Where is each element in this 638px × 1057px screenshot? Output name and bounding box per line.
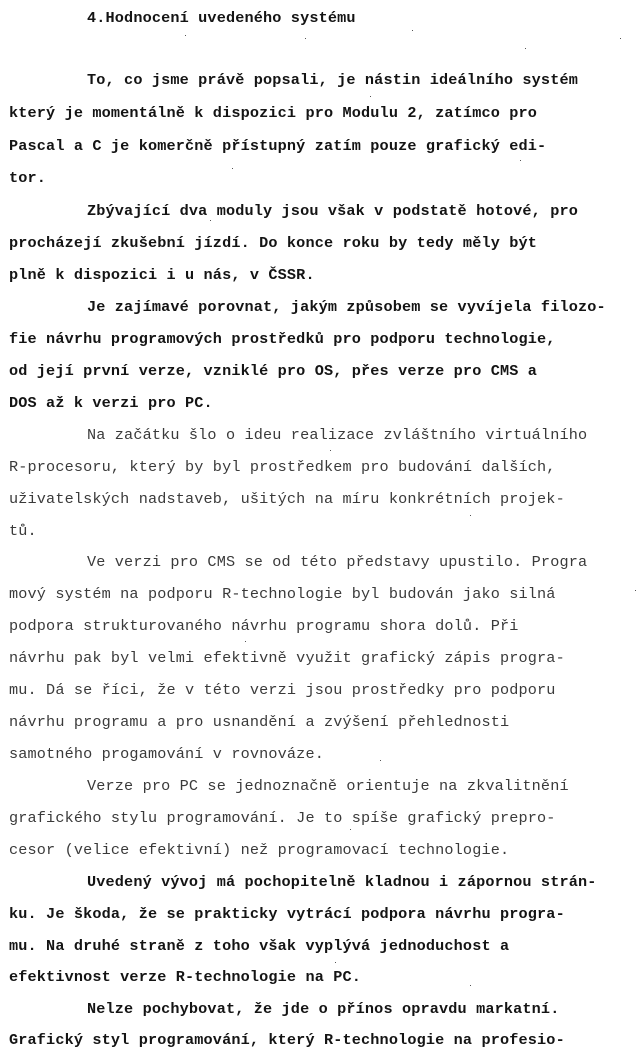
scan-speck <box>525 48 526 49</box>
scan-speck <box>245 641 246 642</box>
text-line: efektivnost verze R-technologie na PC. <box>9 967 361 987</box>
text-line: Je zajímavé porovnat, jakým způsobem se … <box>87 297 606 317</box>
scan-speck <box>305 38 306 39</box>
text-line: DOS až k verzi pro PC. <box>9 393 213 413</box>
scan-speck <box>330 450 331 451</box>
scan-speck <box>350 829 351 830</box>
scanned-document-page: 4.Hodnocení uvedeného systému To, co jsm… <box>0 0 638 1057</box>
text-line: podpora strukturovaného návrhu programu … <box>9 616 519 636</box>
text-line: návrhu programu a pro usnandění a zvýšen… <box>9 712 509 732</box>
scan-speck <box>412 30 413 31</box>
text-line: samotného progamování v rovnováze. <box>9 744 324 764</box>
text-line: Verze pro PC se jednoznačně orientuje na… <box>87 776 569 796</box>
scan-speck <box>210 220 211 221</box>
scan-speck <box>185 35 186 36</box>
text-line: mu. Dá se říci, že v této verzi jsou pro… <box>9 680 556 700</box>
text-line: Zbývající dva moduly jsou však v podstat… <box>87 201 578 221</box>
text-line: Uvedený vývoj má pochopitelně kladnou i … <box>87 872 597 892</box>
text-line: To, co jsme právě popsali, je nástin ide… <box>87 70 578 90</box>
text-line: ku. Je škoda, že se prakticky vytrácí po… <box>9 904 565 924</box>
text-line: cesor (velice efektivní) než programovac… <box>9 840 509 860</box>
scan-speck <box>470 515 471 516</box>
text-line: Na začátku šlo o ideu realizace zvláštní… <box>87 425 587 445</box>
text-line: tů. <box>9 521 37 541</box>
text-line: Grafický styl programování, který R-tech… <box>9 1030 565 1050</box>
scan-speck <box>620 38 621 39</box>
text-line: Pascal a C je komerčně přístupný zatím p… <box>9 136 546 156</box>
text-line: uživatelských nadstaveb, ušitých na míru… <box>9 489 565 509</box>
text-line: Ve verzi pro CMS se od této představy up… <box>87 552 587 572</box>
text-line: fie návrhu programových prostředků pro p… <box>9 329 556 349</box>
text-line: mu. Na druhé straně z toho však vyplývá … <box>9 936 509 956</box>
scan-speck <box>232 168 233 169</box>
text-line: procházejí zkušební jízdí. Do konce roku… <box>9 233 537 253</box>
scan-speck <box>470 985 471 986</box>
text-line: návrhu pak byl velmi efektivně využit gr… <box>9 648 565 668</box>
text-line: grafického stylu programování. Je to spí… <box>9 808 556 828</box>
text-line: tor. <box>9 168 46 188</box>
text-line: který je momentálně k dispozici pro Modu… <box>9 103 537 123</box>
scan-speck <box>635 590 636 591</box>
text-line: R-procesoru, který by byl prostředkem pr… <box>9 457 556 477</box>
scan-speck <box>335 962 336 963</box>
text-line: od její první verze, vzniklé pro OS, pře… <box>9 361 537 381</box>
text-line: mový systém na podporu R-technologie byl… <box>9 584 556 604</box>
section-heading: 4.Hodnocení uvedeného systému <box>87 8 356 28</box>
scan-speck <box>370 96 371 97</box>
scan-speck <box>520 160 521 161</box>
text-line: Nelze pochybovat, že jde o přínos opravd… <box>87 999 559 1019</box>
scan-speck <box>380 760 381 761</box>
text-line: plně k dispozici i u nás, v ČSSR. <box>9 265 315 285</box>
